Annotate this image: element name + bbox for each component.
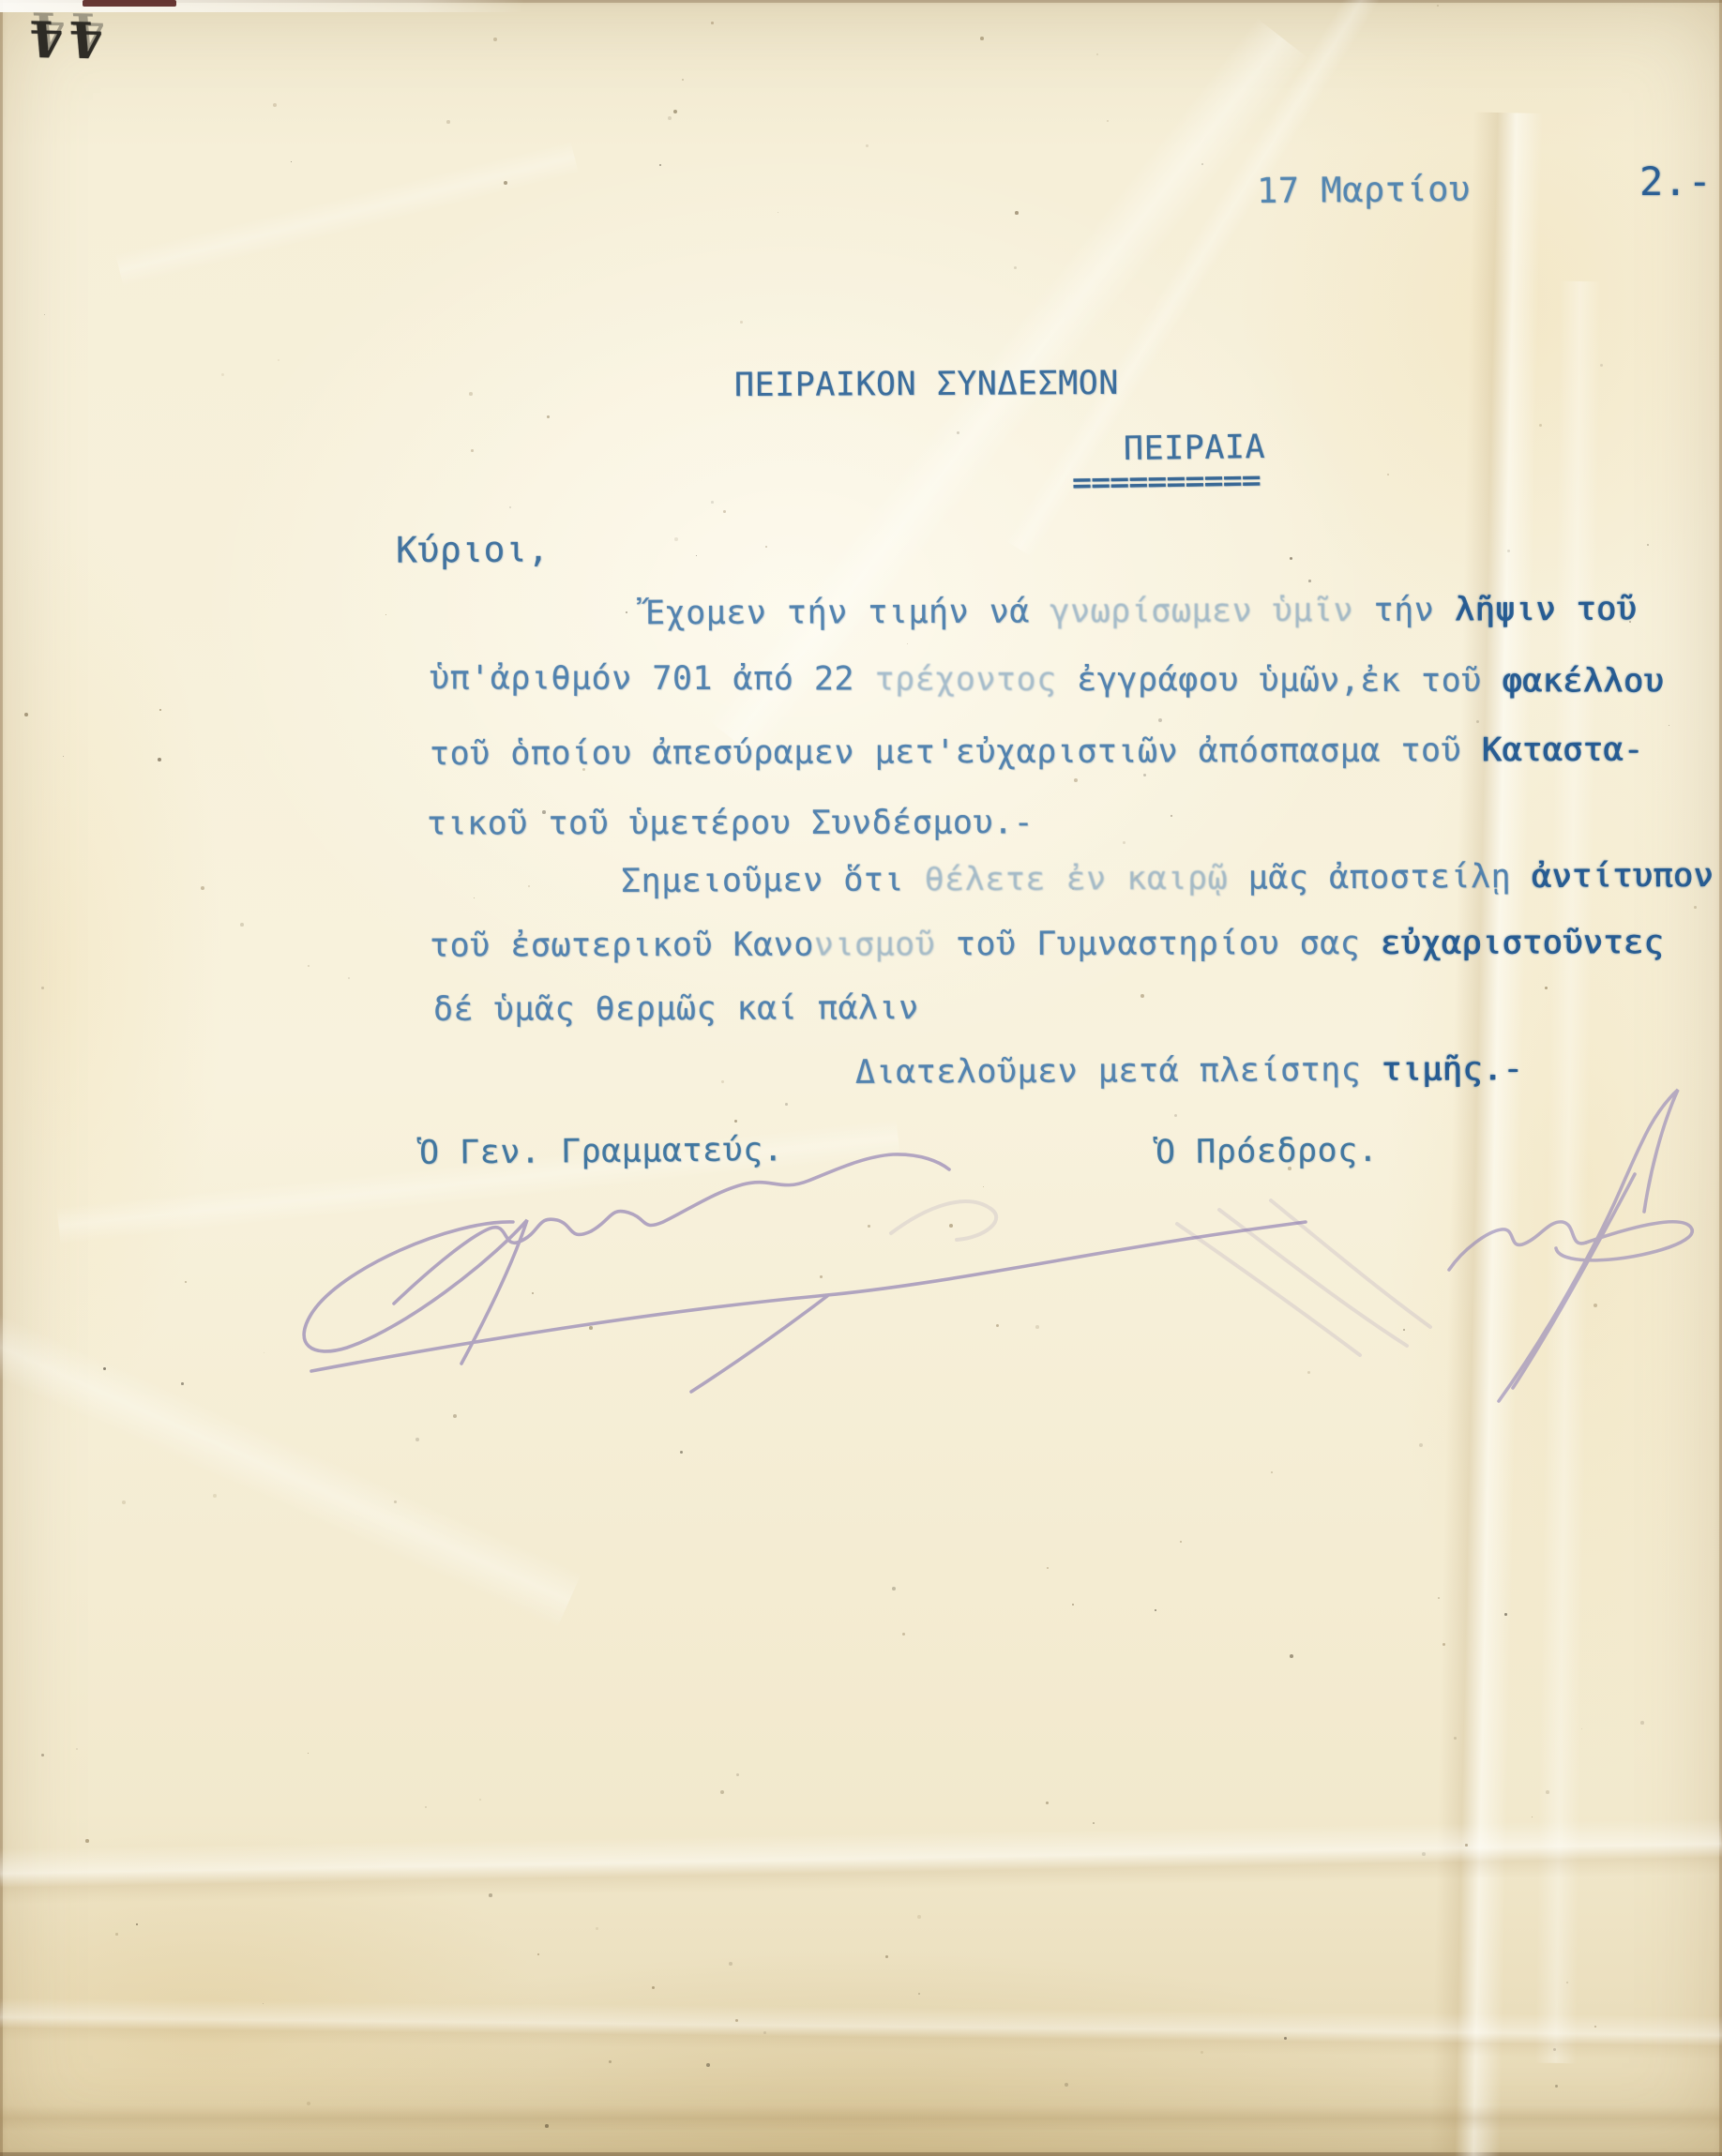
president-title: Ὁ Πρόεδρος.	[1156, 1132, 1379, 1172]
salutation: Κύριοι,	[396, 529, 550, 571]
page-number: 2.-	[1639, 159, 1712, 204]
body-line: δέ ὑμᾶς θερμῶς καί πάλιν	[433, 989, 919, 1029]
body-line: Σημειοῦμεν ὅτι θέλετε ἐν καιρῷ μᾶς ἀποστ…	[621, 857, 1714, 900]
city-name: ΠΕΙΡΑΙΑ	[1124, 429, 1266, 468]
scan-top-edge	[0, 0, 1722, 3]
scan-left-edge	[0, 0, 3, 2156]
body-line: ὑπ'ἀριθμόν 701 ἀπό 22 τρέχοντος ἐγγράφου…	[430, 659, 1664, 701]
pencil-scribbles	[891, 1200, 1430, 1355]
body-line: Ἔχομεν τήν τιμήν νά γνωρίσωμεν ὑμῖν τήν …	[645, 591, 1637, 633]
secretary-title: Ὁ Γεν. Γραμματεύς.	[419, 1131, 784, 1172]
scan-bottom-edge	[0, 2152, 1722, 2156]
president-signature	[1449, 1090, 1692, 1401]
closing-line: Διατελοῦμεν μετά πλείστης τιμῆς.-	[855, 1050, 1523, 1092]
date-line: 17 Μαρτίου	[1257, 170, 1471, 212]
secretary-signature	[304, 1154, 1306, 1392]
archive-number-stamp: 44	[22, 8, 106, 68]
red-ink-mark-top	[83, 0, 176, 7]
city-underline: ==========	[1072, 465, 1261, 500]
body-line: τικοῦ τοῦ ὑμετέρου Συνδέσμου.-	[427, 804, 1034, 842]
scanned-letter-page: 44 17 Μαρτίου 2.- ΠΕΙΡΑΙΚΟΝ ΣΥΝΔΕΣΜΟΝ ΠΕ…	[0, 0, 1722, 2156]
body-line: τοῦ ὁποίου ἀπεσύραμεν μετ'εὐχαριστιῶν ἀπ…	[430, 731, 1643, 774]
organization-name: ΠΕΙΡΑΙΚΟΝ ΣΥΝΔΕΣΜΟΝ	[734, 365, 1119, 404]
body-line: τοῦ ἐσωτερικοῦ Κανονισμοῦ τοῦ Γυμναστηρί…	[430, 924, 1664, 965]
